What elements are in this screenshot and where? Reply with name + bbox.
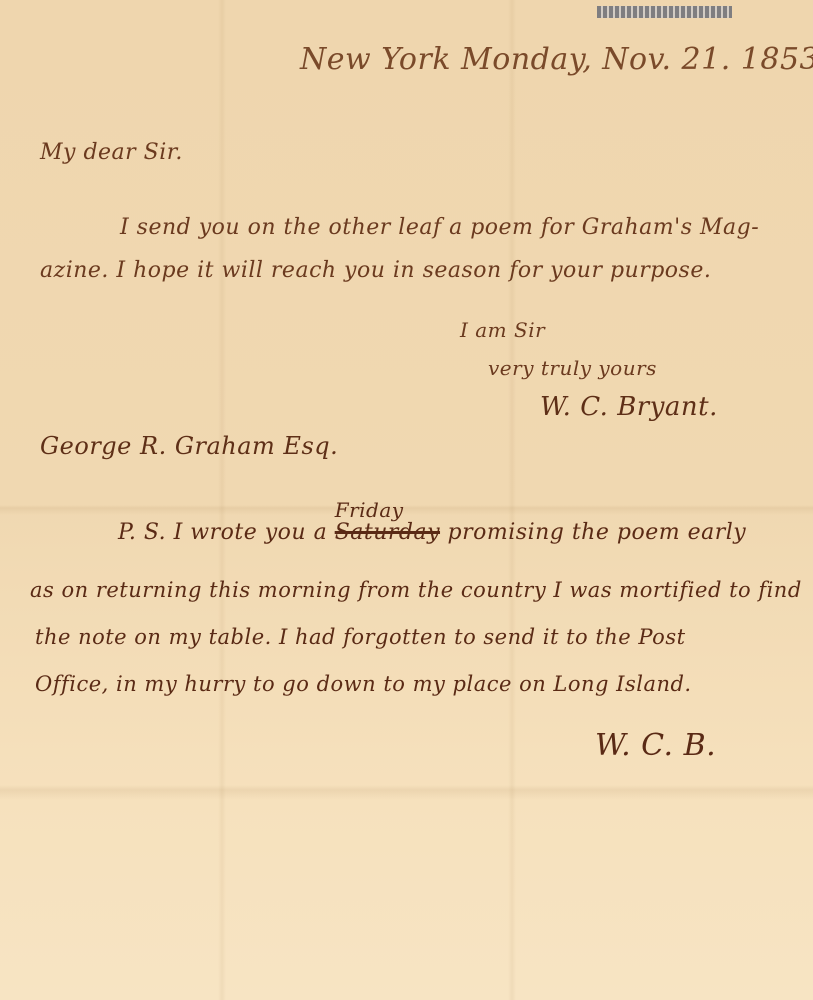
signature: W. C. Bryant. (540, 392, 718, 422)
collection-stamp (597, 6, 732, 18)
dateline: New York Monday, Nov. 21. 1853. (300, 42, 813, 77)
postscript-line-4: Office, in my hurry to go down to my pla… (35, 672, 692, 696)
postscript-end: promising the poem early (448, 520, 747, 545)
body-line-2: azine. I hope it will reach you in seaso… (40, 258, 711, 283)
salutation: My dear Sir. (40, 140, 183, 165)
postscript-start: P. S. I wrote you a (118, 520, 327, 545)
inserted-word: Friday (335, 498, 404, 522)
closing-line-2: very truly yours (488, 356, 657, 380)
postscript-line-3: the note on my table. I had forgotten to… (35, 625, 686, 649)
postscript-line-2: as on returning this morning from the co… (30, 578, 802, 602)
body-line-1: I send you on the other leaf a poem for … (120, 215, 759, 240)
closing-line-1: I am Sir (460, 318, 545, 342)
addressee: George R. Graham Esq. (40, 432, 338, 460)
letter-page: New York Monday, Nov. 21. 1853. My dear … (0, 0, 813, 1000)
postscript-line-1: P. S. I wrote you a Friday Saturday prom… (118, 520, 746, 545)
postscript-initials: W. C. B. (595, 728, 716, 763)
struck-word: Saturday (335, 520, 440, 545)
correction: Friday Saturday (335, 520, 448, 545)
